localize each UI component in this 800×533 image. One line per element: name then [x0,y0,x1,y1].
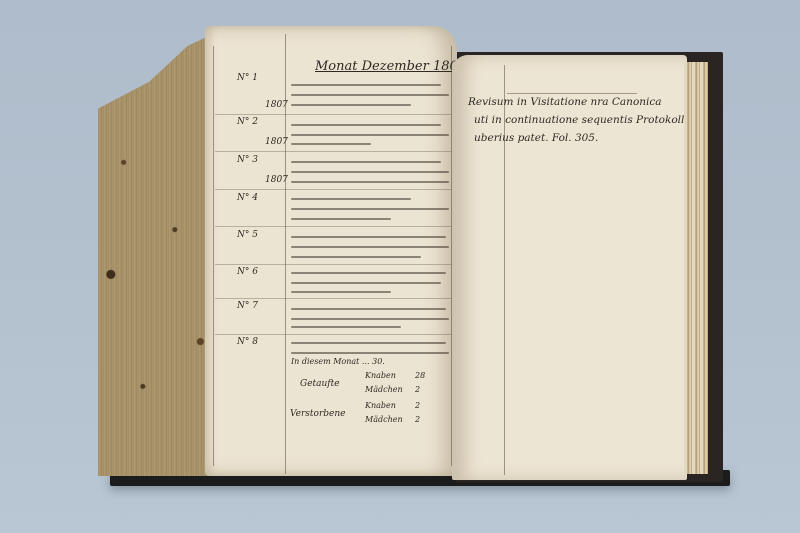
visitation-note-line: uti in continuatione sequentis Protokoll… [474,115,688,126]
entry-number: N° 4 [237,194,258,203]
entry-number: N° 1 [237,74,258,83]
visitation-note-line: Revisum in Visitatione nra Canonica [468,97,662,108]
right-page-edges [684,62,708,474]
summary-label: Verstorbene [290,410,345,419]
header-rule [507,93,637,94]
summary-label: Getaufte [300,380,340,389]
summary-count: 2 [415,386,420,394]
entry-number: N° 2 [237,118,258,127]
entry-number: N° 6 [237,268,258,277]
margin-rule [213,46,214,466]
entry-number: N° 3 [237,156,258,165]
entry-number: N° 5 [237,231,258,240]
summary-count: 28 [415,372,425,380]
column-rule [504,65,505,475]
monthly-summary: In diesem Monat ... 30. [291,358,385,366]
entry-number: N° 7 [237,302,258,311]
visitation-note-line: uberius patet. Fol. 305. [474,133,598,144]
right-page: Revisum in Visitatione nra Canonica uti … [452,55,687,480]
summary-count: 2 [415,402,420,410]
summary-item: Mädchen [365,386,403,394]
summary-item: Mädchen [365,416,403,424]
entry-year: 1807 [265,138,288,147]
page-heading: Monat Dezember 1807 [315,60,466,73]
entry-year: 1807 [265,101,288,110]
entry-year: 1807 [265,176,288,185]
summary-count: 2 [415,416,420,424]
entry-number: N° 8 [237,338,258,347]
summary-item: Knaben [365,372,396,380]
left-page: Monat Dezember 1807 N° 1 1807 N° 2 1807 … [205,26,457,476]
summary-item: Knaben [365,402,396,410]
